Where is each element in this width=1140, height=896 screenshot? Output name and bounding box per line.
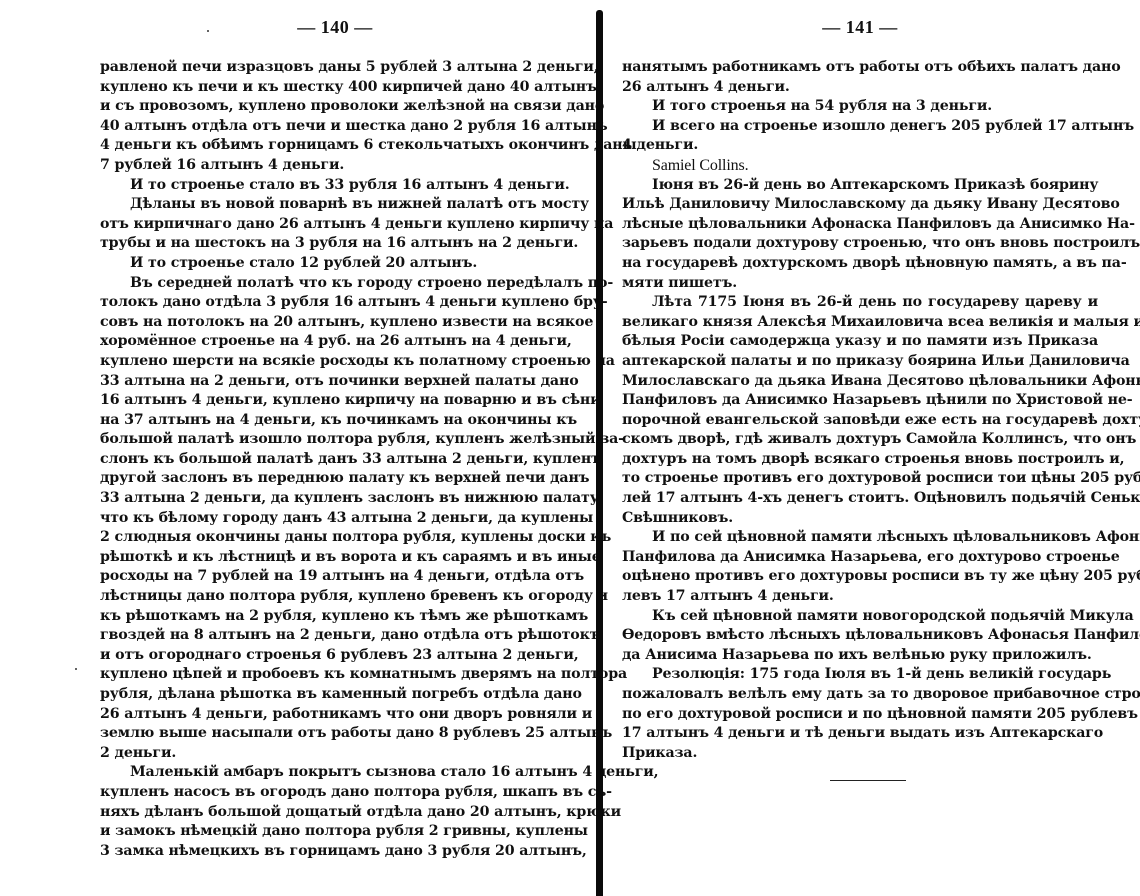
text-line: гвоздей на 8 алтынъ на 2 деньги, дано от… — [100, 626, 570, 646]
text-line: аптекарской палаты и по приказу боярина … — [622, 352, 1098, 372]
text-line: лѣстницы дано полтора рубля, куплено бре… — [100, 587, 570, 607]
text-line: Samiel Collins. — [622, 156, 1098, 176]
text-line: росходы на 7 рублей на 19 алтынъ на 4 де… — [100, 567, 570, 587]
text-line: равленой печи изразцовъ даны 5 рублей 3 … — [100, 58, 570, 78]
text-line: И то строенье стало въ 33 рубля 16 алтын… — [100, 176, 570, 196]
text-line: то строенье противъ его дохтуровой роспи… — [622, 469, 1098, 489]
text-line: Приказа. — [622, 744, 1098, 764]
text-line: Свѣшниковъ. — [622, 509, 1098, 529]
text-line: Іюня въ 26-й день во Аптекарскомъ Приказ… — [622, 176, 1098, 196]
text-line: И то строенье стало 12 рублей 20 алтынъ. — [100, 254, 570, 274]
text-line: Ѳедоровъ вмѣсто лѣсныхъ цѣловальниковъ А… — [622, 626, 1098, 646]
right-page-body: нанятымъ работникамъ отъ работы отъ обѣи… — [622, 58, 1098, 763]
text-line: Маленькій амбаръ покрытъ сызнова стало 1… — [100, 763, 570, 783]
text-line: къ рѣшоткамъ на 2 рубля, куплено къ тѣмъ… — [100, 607, 570, 627]
text-line: Ильѣ Даниловичу Милославскому да дьяку И… — [622, 195, 1098, 215]
text-line: 4 деньги къ обѣимъ горницамъ 6 стекольча… — [100, 136, 570, 156]
text-line: куплено цѣпей и пробоевъ къ комнатнымъ д… — [100, 665, 570, 685]
text-line: Милославскаго да дьяка Ивана Десятово цѣ… — [622, 372, 1098, 392]
text-line: большой палатѣ изошло полтора рубля, куп… — [100, 430, 570, 450]
text-line: зарьевъ подали дохтурову строенью, что о… — [622, 234, 1098, 254]
text-line: лей 17 алтынъ 4-хъ денегъ стоитъ. Оцѣнов… — [622, 489, 1098, 509]
text-line: слонъ къ большой палатѣ данъ 33 алтына 2… — [100, 450, 570, 470]
text-line: великаго князя Алексѣя Михаиловича всеа … — [622, 313, 1098, 333]
text-line: совъ на потолокъ на 20 алтынъ, куплено и… — [100, 313, 570, 333]
text-line: толокъ дано отдѣла 3 рубля 16 алтынъ 4 д… — [100, 293, 570, 313]
print-speck — [207, 30, 209, 32]
text-line: да Анисима Назарьева по ихъ велѣнью руку… — [622, 646, 1098, 666]
text-line: 4 деньги. — [622, 136, 1098, 156]
text-line: что къ бѣлому городу данъ 43 алтына 2 де… — [100, 509, 570, 529]
text-line: на государевѣ дохтурскомъ дворѣ цѣновную… — [622, 254, 1098, 274]
text-line: другой заслонъ въ переднюю палату къ вер… — [100, 469, 570, 489]
text-line: оцѣнено противъ его дохтуровы росписи въ… — [622, 567, 1098, 587]
text-line: скомъ дворѣ, гдѣ живалъ дохтуръ Самойла … — [622, 430, 1098, 450]
text-line: 2 деньги. — [100, 744, 570, 764]
text-line: 17 алтынъ 4 деньги и тѣ деньги выдать из… — [622, 724, 1098, 744]
left-page-body: равленой печи изразцовъ даны 5 рублей 3 … — [100, 58, 570, 861]
text-line: на 37 алтынъ на 4 деньги, къ починкамъ н… — [100, 411, 570, 431]
text-line: рѣшоткѣ и къ лѣстницѣ и въ ворота и къ с… — [100, 548, 570, 568]
text-line: купленъ насосъ въ огородъ дано полтора р… — [100, 783, 570, 803]
right-page: — 141 — нанятымъ работникамъ отъ работы … — [622, 0, 1098, 896]
text-line: 2 слюдныя окончины даны полтора рубля, к… — [100, 528, 570, 548]
text-line: И того строенья на 54 рубля на 3 деньги. — [622, 97, 1098, 117]
text-line: Резолюція: 175 года Іюля въ 1-й день вел… — [622, 665, 1098, 685]
text-line: И всего на строенье изошло денегъ 205 ру… — [622, 117, 1098, 137]
text-line: 26 алтынъ 4 деньги, работникамъ что они … — [100, 705, 570, 725]
text-line: и съ провозомъ, куплено проволоки желѣзн… — [100, 97, 570, 117]
text-line: Лѣта 7175 Іюня въ 26-й день по государев… — [622, 293, 1098, 313]
section-end-rule — [830, 780, 906, 781]
text-line: пожаловалъ велѣлъ ему дать за то дворово… — [622, 685, 1098, 705]
text-line: 26 алтынъ 4 деньги. — [622, 78, 1098, 98]
text-line: лѣсные цѣловальники Афонаска Панфиловъ д… — [622, 215, 1098, 235]
text-line: рубля, дѣлана рѣшотка въ каменный погреб… — [100, 685, 570, 705]
text-line: трубы и на шестокъ на 3 рубля на 16 алты… — [100, 234, 570, 254]
text-line: бѣлыя Росіи самодержца указу и по памяти… — [622, 332, 1098, 352]
page-number-left: — 140 — — [100, 17, 570, 38]
page-number-right: — 141 — — [622, 17, 1098, 38]
text-line: Панфиловъ да Анисимко Назарьевъ цѣнили п… — [622, 391, 1098, 411]
text-line: 7 рублей 16 алтынъ 4 деньги. — [100, 156, 570, 176]
print-speck — [75, 668, 77, 670]
text-line: Панфилова да Анисимка Назарьева, его дох… — [622, 548, 1098, 568]
text-line: землю выше насыпали отъ работы дано 8 ру… — [100, 724, 570, 744]
text-line: куплено къ печи и къ шестку 400 кирпичей… — [100, 78, 570, 98]
text-line: няхъ дѣланъ большой дощатый отдѣла дано … — [100, 803, 570, 823]
text-line: и замокъ нѣмецкій дано полтора рубля 2 г… — [100, 822, 570, 842]
text-line: левъ 17 алтынъ 4 деньги. — [622, 587, 1098, 607]
text-line: 33 алтына на 2 деньги, отъ починки верхн… — [100, 372, 570, 392]
text-line: 33 алтына 2 деньги, да купленъ заслонъ в… — [100, 489, 570, 509]
text-line: порочной евангельской заповѣди еже есть … — [622, 411, 1098, 431]
book-gutter-divider — [596, 10, 603, 896]
text-line: нанятымъ работникамъ отъ работы отъ обѣи… — [622, 58, 1098, 78]
text-line: по его дохтуровой росписи и по цѣновной … — [622, 705, 1098, 725]
text-line: 16 алтынъ 4 деньги, куплено кирпичу на п… — [100, 391, 570, 411]
text-line: дохтуръ на томъ дворѣ всякаго строенья в… — [622, 450, 1098, 470]
text-line: и отъ огороднаго строенья 6 рублевъ 23 а… — [100, 646, 570, 666]
text-line: отъ кирпичнаго дано 26 алтынъ 4 деньги к… — [100, 215, 570, 235]
text-line: Въ середней полатѣ что къ городу строено… — [100, 274, 570, 294]
text-line: мяти пишетъ. — [622, 274, 1098, 294]
text-line: 40 алтынъ отдѣла отъ печи и шестка дано … — [100, 117, 570, 137]
text-line: куплено шерсти на всякіе росходы къ пола… — [100, 352, 570, 372]
text-line: И по сей цѣновной памяти лѣсныхъ цѣловал… — [622, 528, 1098, 548]
text-line: Дѣланы въ новой поварнѣ въ нижней палатѣ… — [100, 195, 570, 215]
left-page: — 140 — равленой печи изразцовъ даны 5 р… — [100, 0, 570, 896]
text-line: 3 замка нѣмецкихъ въ горницамъ дано 3 ру… — [100, 842, 570, 862]
text-line: хоромённое строенье на 4 руб. на 26 алты… — [100, 332, 570, 352]
text-line: Къ сей цѣновной памяти новогородской под… — [622, 607, 1098, 627]
